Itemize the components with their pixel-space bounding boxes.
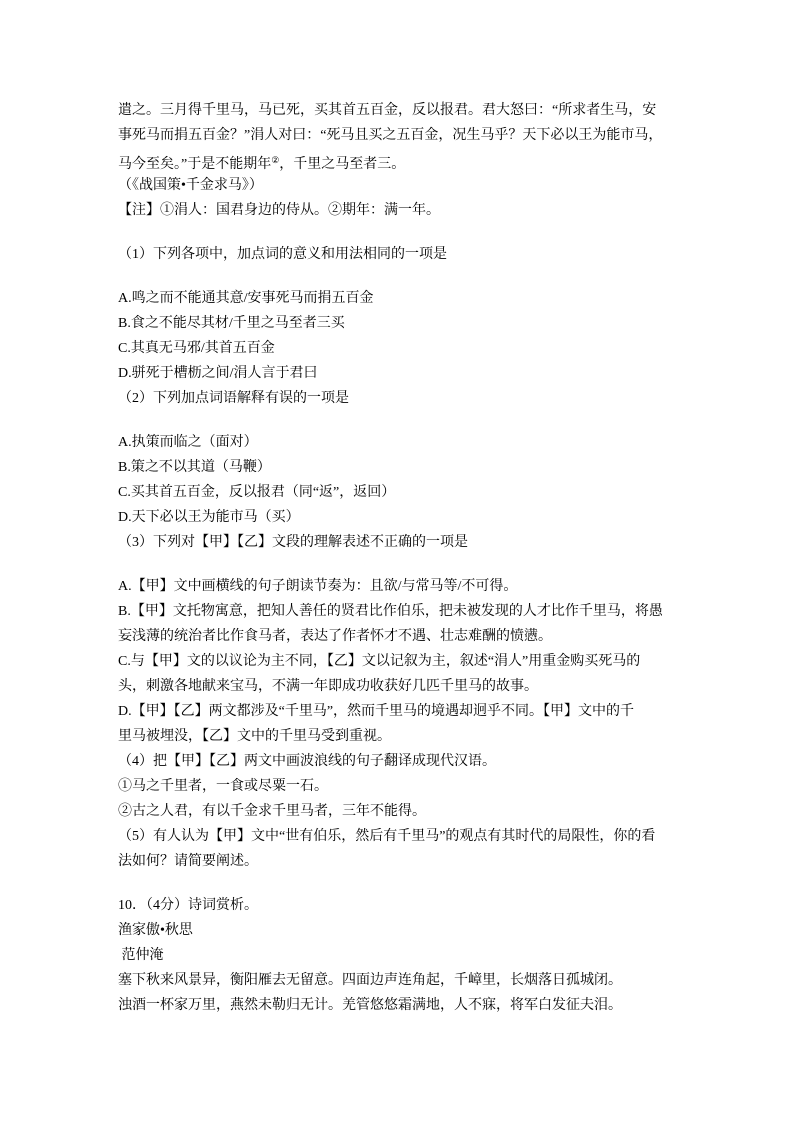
question-2-stem: （2）下列加点词语解释有误的一项是 xyxy=(118,386,678,411)
question-1-option-c: C.其真无马邪/其首五百金 xyxy=(118,336,678,361)
question-2-option-a: A.执策而临之（面对） xyxy=(118,430,678,455)
document-page: 遣之。三月得千里马，马已死，买其首五百金，反以报君。君大怒曰：“所求者生马，安 … xyxy=(0,0,794,1123)
spacer xyxy=(118,267,678,286)
passage-text: ，千里之马至者三。 xyxy=(279,157,405,172)
document-content: 遣之。三月得千里马，马已死，买其首五百金，反以报君。君大怒曰：“所求者生马，安 … xyxy=(118,98,678,1018)
question-1-option-b: B.食之不能尽其材/千里之马至者三买 xyxy=(118,311,678,336)
question-5-stem-cont: 法如何？请简要阐述。 xyxy=(118,849,678,874)
question-3-option-d: D.【甲】【乙】两文都涉及“千里马”，然而千里马的境遇却迥乎不同。【甲】文中的千 xyxy=(118,699,678,724)
poem-title: 渔家傲•秋思 xyxy=(118,918,678,943)
question-4-item-1: ①马之千里者，一食或尽粟一石。 xyxy=(118,774,678,799)
passage-line: 事死马而捐五百金？”涓人对曰：“死马且买之五百金，况生马乎？天下必以王为能市马， xyxy=(118,123,678,148)
question-1-option-d: D.骈死于槽枥之间/涓人言于君曰 xyxy=(118,361,678,386)
question-1-stem: （1）下列各项中，加点词的意义和用法相同的一项是 xyxy=(118,242,678,267)
question-4-stem: （4）把【甲】【乙】两文中画波浪线的句子翻译成现代汉语。 xyxy=(118,749,678,774)
poem-line: 塞下秋来风景异，衡阳雁去无留意。四面边声连角起，千嶂里，长烟落日孤城闭。 xyxy=(118,968,678,993)
passage-line: 马今至矣。”于是不能期年②，千里之马至者三。 xyxy=(118,148,678,173)
spacer xyxy=(118,411,678,430)
question-10-heading: 10．（4分）诗词赏析。 xyxy=(118,893,678,918)
question-5-stem: （5）有人认为【甲】文中“世有伯乐，然后有千里马”的观点有其时代的局限性，你的看 xyxy=(118,824,678,849)
spacer xyxy=(118,874,678,893)
question-3-option-a: A.【甲】文中画横线的句子朗读节奏为：且欲/与常马等/不可得。 xyxy=(118,574,678,599)
question-1-option-a: A.鸣之而不能通其意/安事死马而捐五百金 xyxy=(118,286,678,311)
question-4-item-2: ②古之人君，有以千金求千里马者，三年不能得。 xyxy=(118,799,678,824)
question-3-option-b: B.【甲】文托物寓意，把知人善任的贤君比作伯乐，把未被发现的人才比作千里马，将愚 xyxy=(118,599,678,624)
passage-note: 【注】①涓人：国君身边的侍从。②期年：满一年。 xyxy=(118,198,678,223)
passage-line: 遣之。三月得千里马，马已死，买其首五百金，反以报君。君大怒曰：“所求者生马，安 xyxy=(118,98,678,123)
question-2-option-d: D.天下必以王为能市马（买） xyxy=(118,505,678,530)
spacer xyxy=(118,223,678,242)
passage-source: （《战国策•千金求马》） xyxy=(118,173,678,198)
poem-line: 浊酒一杯家万里，燕然未勒归无计。羌管悠悠霜满地，人不寐，将军白发征夫泪。 xyxy=(118,993,678,1018)
question-3-option-c: C.与【甲】文的以议论为主不同，【乙】文以记叙为主，叙述“涓人”用重金购买死马的 xyxy=(118,649,678,674)
question-3-option-d-cont: 里马被埋没，【乙】文中的千里马受到重视。 xyxy=(118,724,678,749)
question-3-option-b-cont: 妄浅薄的统治者比作食马者，表达了作者怀才不遇、壮志难酬的愤懑。 xyxy=(118,624,678,649)
poem-author: 范仲淹 xyxy=(118,943,678,968)
spacer xyxy=(118,555,678,574)
question-2-option-b: B.策之不以其道（马鞭） xyxy=(118,455,678,480)
question-3-option-c-cont: 头，刺激各地献来宝马，不满一年即成功收获好几匹千里马的故事。 xyxy=(118,674,678,699)
question-3-stem: （3）下列对【甲】【乙】文段的理解表述不正确的一项是 xyxy=(118,530,678,555)
question-2-option-c: C.买其首五百金，反以报君（同“返”，返回） xyxy=(118,480,678,505)
passage-text: 马今至矣。”于是不能期年 xyxy=(118,157,271,172)
